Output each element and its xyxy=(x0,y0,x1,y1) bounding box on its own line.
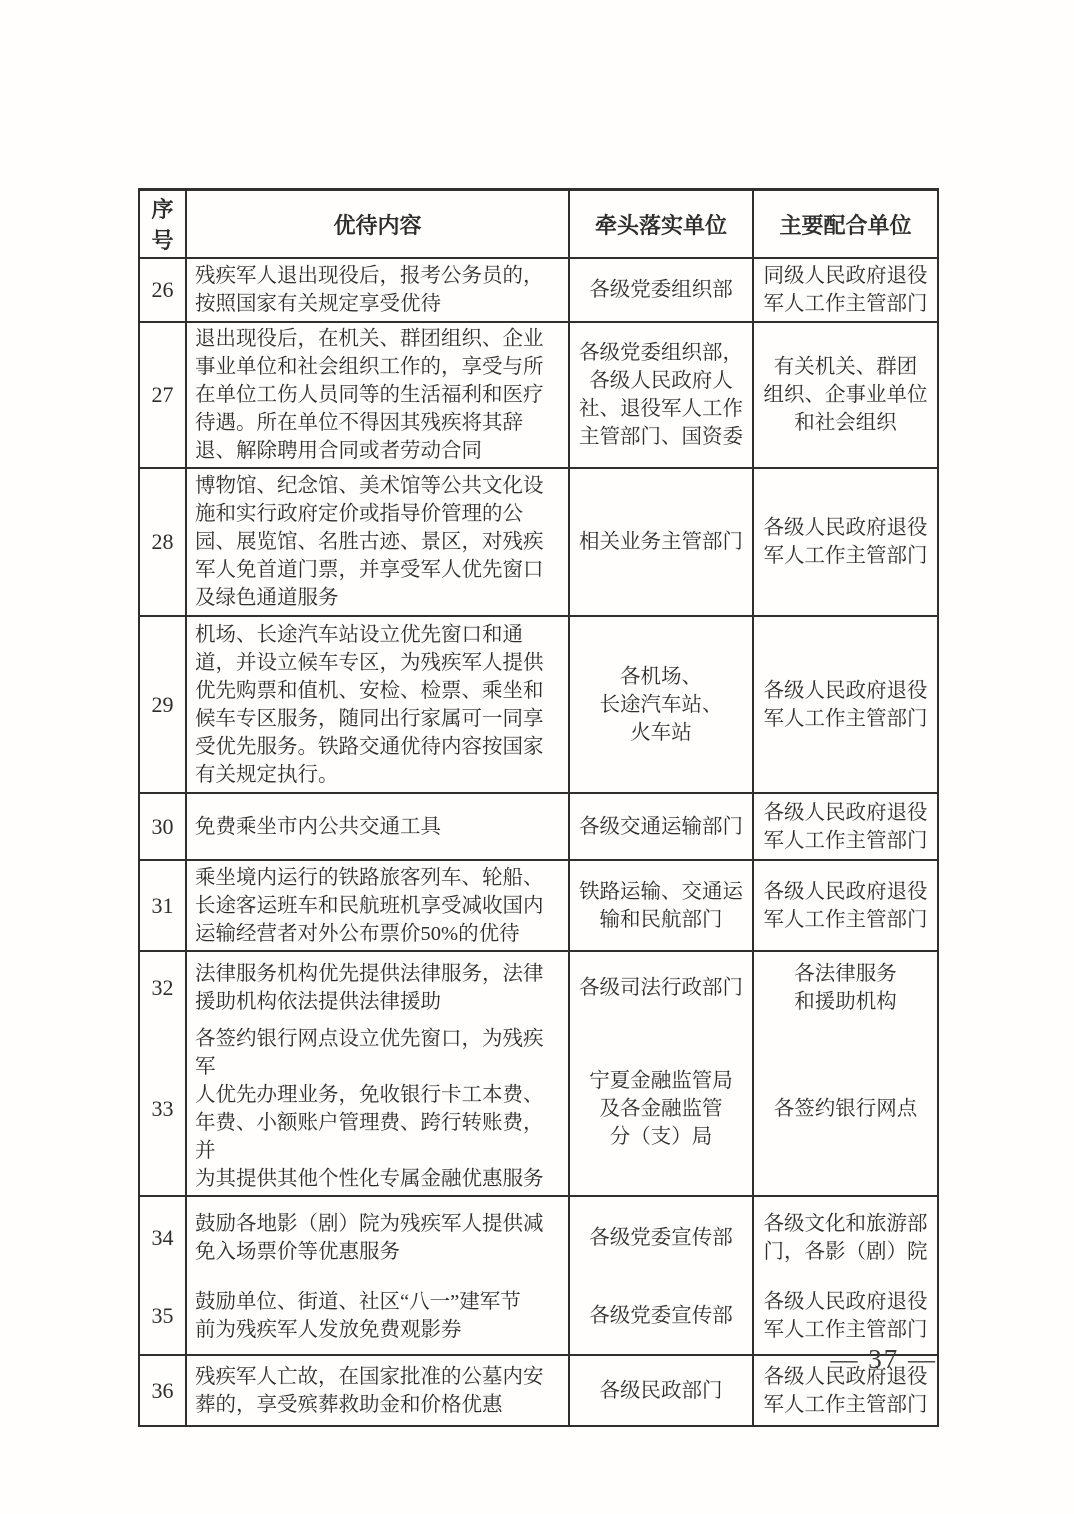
lead-unit-cell: 各级党委组织部 xyxy=(569,258,753,322)
content-cell: 机场、长途汽车站设立优先窗口和通 道，并设立候车专区，为残疾军人提供 优先购票和… xyxy=(186,616,569,793)
content-cell: 鼓励各地影（剧）院为残疾军人提供减 免入场票价等优惠服务 xyxy=(186,1196,569,1278)
content-cell: 鼓励单位、街道、社区“八一”建军节 前为残疾军人发放免费观影券 xyxy=(186,1278,569,1355)
header-content: 优待内容 xyxy=(186,190,569,259)
row-number: 26 xyxy=(139,258,186,322)
content-cell: 退出现役后，在机关、群团组织、企业 事业单位和社会组织工作的，享受与所 在单位工… xyxy=(186,322,569,468)
content-cell: 残疾军人亡故，在国家批准的公墓内安 葬的，享受殡葬救助金和价格优惠 xyxy=(186,1355,569,1426)
row-number: 33 xyxy=(139,1023,186,1196)
document-page: 序号 优待内容 牵头落实单位 主要配合单位 26 残疾军人退出现役后，报考公务员… xyxy=(0,0,1074,1514)
support-unit-cell: 同级人民政府退役 军人工作主管部门 xyxy=(753,258,938,322)
lead-unit-cell: 各级民政部门 xyxy=(569,1355,753,1426)
header-no: 序号 xyxy=(139,190,186,259)
support-unit-cell: 各级人民政府退役 军人工作主管部门 xyxy=(753,860,938,951)
row-number: 28 xyxy=(139,468,186,616)
table-row: 26 残疾军人退出现役后，报考公务员的， 按照国家有关规定享受优待 各级党委组织… xyxy=(139,258,938,322)
lead-unit-cell: 各级交通运输部门 xyxy=(569,793,753,860)
lead-unit-cell: 铁路运输、交通运 输和民航部门 xyxy=(569,860,753,951)
table-header-row: 序号 优待内容 牵头落实单位 主要配合单位 xyxy=(139,190,938,259)
support-unit-cell: 各级人民政府退役 军人工作主管部门 xyxy=(753,616,938,793)
row-number: 30 xyxy=(139,793,186,860)
support-unit-cell: 有关机关、群团 组织、企事业单位 和社会组织 xyxy=(753,322,938,468)
row-number: 27 xyxy=(139,322,186,468)
support-unit-cell: 各级人民政府退役 军人工作主管部门 xyxy=(753,468,938,616)
lead-unit-cell: 各级党委宣传部 xyxy=(569,1196,753,1278)
preferential-treatment-table: 序号 优待内容 牵头落实单位 主要配合单位 26 残疾军人退出现役后，报考公务员… xyxy=(138,188,939,1427)
lead-unit-cell: 各级党委宣传部 xyxy=(569,1278,753,1355)
content-cell: 免费乘坐市内公共交通工具 xyxy=(186,793,569,860)
support-unit-cell: 各签约银行网点 xyxy=(753,1023,938,1196)
row-number: 32 xyxy=(139,951,186,1023)
content-cell: 乘坐境内运行的铁路旅客列车、轮船、 长途客运班车和民航班机享受减收国内 运输经营… xyxy=(186,860,569,951)
table-row: 27 退出现役后，在机关、群团组织、企业 事业单位和社会组织工作的，享受与所 在… xyxy=(139,322,938,468)
lead-unit-cell: 各机场、 长途汽车站、 火车站 xyxy=(569,616,753,793)
table-row: 35 鼓励单位、街道、社区“八一”建军节 前为残疾军人发放免费观影券 各级党委宣… xyxy=(139,1278,938,1355)
row-number: 29 xyxy=(139,616,186,793)
table-row: 32 法律服务机构优先提供法律服务，法律 援助机构依法提供法律援助 各级司法行政… xyxy=(139,951,938,1023)
header-support-unit: 主要配合单位 xyxy=(753,190,938,259)
lead-unit-cell: 各级党委组织部， 各级人民政府人 社、退役军人工作 主管部门、国资委 xyxy=(569,322,753,468)
row-number: 34 xyxy=(139,1196,186,1278)
content-cell: 博物馆、纪念馆、美术馆等公共文化设 施和实行政府定价或指导价管理的公 园、展览馆… xyxy=(186,468,569,616)
lead-unit-cell: 相关业务主管部门 xyxy=(569,468,753,616)
row-number: 36 xyxy=(139,1355,186,1426)
table-row: 31 乘坐境内运行的铁路旅客列车、轮船、 长途客运班车和民航班机享受减收国内 运… xyxy=(139,860,938,951)
header-lead-unit: 牵头落实单位 xyxy=(569,190,753,259)
table-row: 36 残疾军人亡故，在国家批准的公墓内安 葬的，享受殡葬救助金和价格优惠 各级民… xyxy=(139,1355,938,1426)
row-number: 35 xyxy=(139,1278,186,1355)
row-number: 31 xyxy=(139,860,186,951)
lead-unit-cell: 各级司法行政部门 xyxy=(569,951,753,1023)
table-row: 28 博物馆、纪念馆、美术馆等公共文化设 施和实行政府定价或指导价管理的公 园、… xyxy=(139,468,938,616)
table-row: 34 鼓励各地影（剧）院为残疾军人提供减 免入场票价等优惠服务 各级党委宣传部 … xyxy=(139,1196,938,1278)
table-row: 33 各签约银行网点设立优先窗口，为残疾军 人优先办理业务，免收银行卡工本费、 … xyxy=(139,1023,938,1196)
content-cell: 法律服务机构优先提供法律服务，法律 援助机构依法提供法律援助 xyxy=(186,951,569,1023)
page-number: — 37 — xyxy=(831,1344,938,1375)
support-unit-cell: 各级人民政府退役 军人工作主管部门 xyxy=(753,793,938,860)
table-row: 30 免费乘坐市内公共交通工具 各级交通运输部门 各级人民政府退役 军人工作主管… xyxy=(139,793,938,860)
lead-unit-cell: 宁夏金融监管局 及各金融监管 分（支）局 xyxy=(569,1023,753,1196)
content-cell: 各签约银行网点设立优先窗口，为残疾军 人优先办理业务，免收银行卡工本费、 年费、… xyxy=(186,1023,569,1196)
support-unit-cell: 各级文化和旅游部 门，各影（剧）院 xyxy=(753,1196,938,1278)
support-unit-cell: 各法律服务 和援助机构 xyxy=(753,951,938,1023)
table-row: 29 机场、长途汽车站设立优先窗口和通 道，并设立候车专区，为残疾军人提供 优先… xyxy=(139,616,938,793)
content-cell: 残疾军人退出现役后，报考公务员的， 按照国家有关规定享受优待 xyxy=(186,258,569,322)
